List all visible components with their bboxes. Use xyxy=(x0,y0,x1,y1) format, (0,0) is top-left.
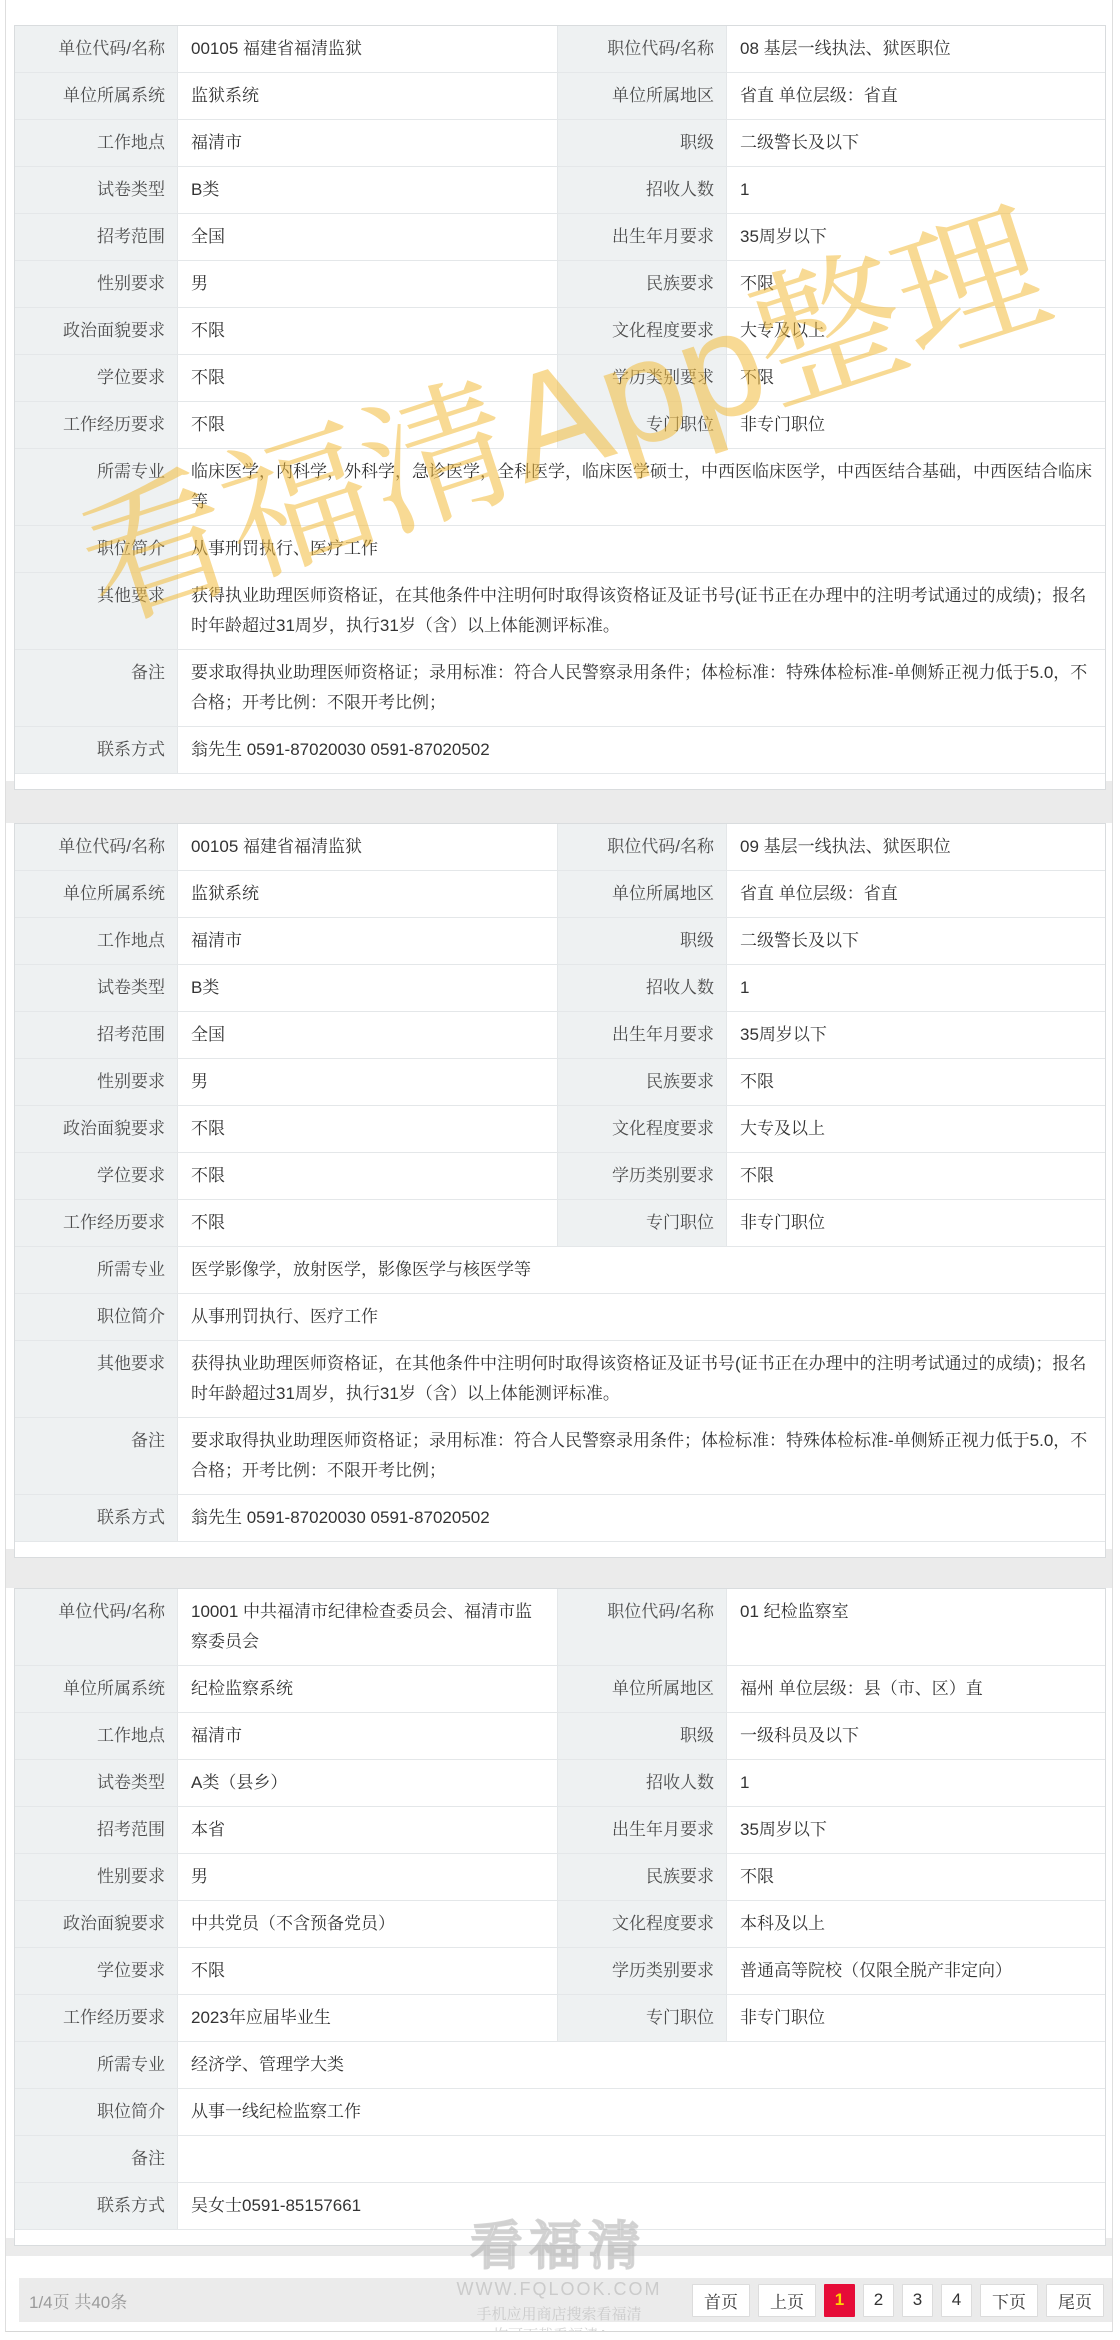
field-label: 联系方式 xyxy=(15,2183,178,2229)
field-value: 不限 xyxy=(727,261,1105,307)
field-label: 学位要求 xyxy=(15,355,178,401)
field-value: 全国 xyxy=(178,214,557,260)
field-value: 非专门职位 xyxy=(727,1995,1105,2041)
job-position-table-1: 单位代码/名称00105 福建省福清监狱职位代码/名称08 基层一线执法、狱医职… xyxy=(14,25,1106,790)
field-label: 民族要求 xyxy=(557,1854,727,1900)
field-label: 工作经历要求 xyxy=(15,402,178,448)
field-value: 二级警长及以下 xyxy=(727,120,1105,166)
field-value: 不限 xyxy=(727,355,1105,401)
field-value: 09 基层一线执法、狱医职位 xyxy=(727,824,1105,870)
field-label: 学历类别要求 xyxy=(557,1948,727,1994)
field-label: 单位所属系统 xyxy=(15,871,178,917)
pagination-page-4[interactable]: 4 xyxy=(941,2284,972,2317)
field-value: 福州 单位层级：县（市、区）直 xyxy=(727,1666,1105,1712)
field-value: 不限 xyxy=(178,355,557,401)
field-label: 工作经历要求 xyxy=(15,1200,178,1246)
field-label: 学历类别要求 xyxy=(557,1153,727,1199)
table-row: 工作地点福清市职级二级警长及以下 xyxy=(15,120,1105,167)
field-value: 获得执业助理医师资格证，在其他条件中注明何时取得该资格证及证书号(证书正在办理中… xyxy=(178,1341,1105,1417)
table-footer-spacer xyxy=(15,1542,1105,1557)
field-value: 不限 xyxy=(178,402,557,448)
field-value: 本科及以上 xyxy=(727,1901,1105,1947)
field-label: 学位要求 xyxy=(15,1948,178,1994)
field-label: 招收人数 xyxy=(557,965,727,1011)
field-label: 所需专业 xyxy=(15,2042,178,2088)
field-value: 从事刑罚执行、医疗工作 xyxy=(178,526,1105,572)
table-row: 单位代码/名称00105 福建省福清监狱职位代码/名称09 基层一线执法、狱医职… xyxy=(15,824,1105,871)
field-value: 大专及以上 xyxy=(727,1106,1105,1152)
field-value: 1 xyxy=(727,965,1105,1011)
field-value: 不限 xyxy=(727,1854,1105,1900)
field-value: 不限 xyxy=(727,1059,1105,1105)
field-value: 不限 xyxy=(178,1200,557,1246)
field-label: 职级 xyxy=(557,1713,727,1759)
field-value: 01 纪检监察室 xyxy=(727,1589,1105,1665)
table-row: 单位所属系统纪检监察系统单位所属地区福州 单位层级：县（市、区）直 xyxy=(15,1666,1105,1713)
field-value: 福清市 xyxy=(178,918,557,964)
pagination-page-2[interactable]: 2 xyxy=(863,2284,894,2317)
field-label: 招收人数 xyxy=(557,1760,727,1806)
field-value: 经济学、管理学大类 xyxy=(178,2042,1105,2088)
field-value: 2023年应届毕业生 xyxy=(178,1995,557,2041)
field-value: 中共党员（不含预备党员） xyxy=(178,1901,557,1947)
field-value: 大专及以上 xyxy=(727,308,1105,354)
table-row: 联系方式吴女士0591-85157661 xyxy=(15,2183,1105,2230)
field-label: 联系方式 xyxy=(15,1495,178,1541)
field-value: 医学影像学，放射医学，影像医学与核医学等 xyxy=(178,1247,1105,1293)
field-label: 出生年月要求 xyxy=(557,214,727,260)
job-position-table-3: 单位代码/名称10001 中共福清市纪律检查委员会、福清市监察委员会职位代码/名… xyxy=(14,1588,1106,2246)
field-label: 性别要求 xyxy=(15,261,178,307)
table-row: 备注要求取得执业助理医师资格证；录用标准：符合人民警察录用条件；体检标准：特殊体… xyxy=(15,1418,1105,1495)
table-row: 联系方式翁先生 0591-87020030 0591-87020502 xyxy=(15,727,1105,774)
pagination-first[interactable]: 首页 xyxy=(692,2284,750,2317)
field-value: 非专门职位 xyxy=(727,1200,1105,1246)
pagination-bar: 1/4页 共40条 首页上页1234下页尾页 xyxy=(19,2278,1113,2322)
field-value: 二级警长及以下 xyxy=(727,918,1105,964)
table-row: 工作经历要求2023年应届毕业生专门职位非专门职位 xyxy=(15,1995,1105,2042)
field-value: 35周岁以下 xyxy=(727,1807,1105,1853)
table-row: 性别要求男民族要求不限 xyxy=(15,1059,1105,1106)
field-value: 35周岁以下 xyxy=(727,214,1105,260)
table-row: 试卷类型B类招收人数1 xyxy=(15,965,1105,1012)
table-row: 所需专业医学影像学，放射医学，影像医学与核医学等 xyxy=(15,1247,1105,1294)
field-value: 福清市 xyxy=(178,120,557,166)
field-label: 文化程度要求 xyxy=(557,1901,727,1947)
field-value: 监狱系统 xyxy=(178,73,557,119)
field-label: 工作地点 xyxy=(15,1713,178,1759)
table-row: 其他要求获得执业助理医师资格证，在其他条件中注明何时取得该资格证及证书号(证书正… xyxy=(15,1341,1105,1418)
field-label: 单位所属系统 xyxy=(15,1666,178,1712)
field-value: 35周岁以下 xyxy=(727,1012,1105,1058)
field-label: 专门职位 xyxy=(557,402,727,448)
pagination-page-3[interactable]: 3 xyxy=(902,2284,933,2317)
field-label: 学历类别要求 xyxy=(557,355,727,401)
table-footer-spacer xyxy=(15,774,1105,789)
table-row: 政治面貌要求中共党员（不含预备党员）文化程度要求本科及以上 xyxy=(15,1901,1105,1948)
field-label: 联系方式 xyxy=(15,727,178,773)
field-value: 08 基层一线执法、狱医职位 xyxy=(727,26,1105,72)
table-row: 所需专业临床医学，内科学，外科学，急诊医学，全科医学，临床医学硕士，中西医临床医… xyxy=(15,449,1105,526)
field-label: 备注 xyxy=(15,650,178,726)
page-info: 1/4页 共40条 xyxy=(29,2288,127,2313)
table-row: 政治面貌要求不限文化程度要求大专及以上 xyxy=(15,308,1105,355)
field-label: 单位所属地区 xyxy=(557,73,727,119)
field-label: 政治面貌要求 xyxy=(15,1901,178,1947)
field-label: 职位简介 xyxy=(15,526,178,572)
field-label: 民族要求 xyxy=(557,261,727,307)
field-value: 监狱系统 xyxy=(178,871,557,917)
field-label: 职位代码/名称 xyxy=(557,824,727,870)
field-label: 职级 xyxy=(557,120,727,166)
field-value: 不限 xyxy=(178,1106,557,1152)
pagination-next[interactable]: 下页 xyxy=(980,2284,1038,2317)
field-value: 不限 xyxy=(178,308,557,354)
field-value: 1 xyxy=(727,1760,1105,1806)
table-row: 试卷类型A类（县乡）招收人数1 xyxy=(15,1760,1105,1807)
field-label: 出生年月要求 xyxy=(557,1012,727,1058)
field-value: 本省 xyxy=(178,1807,557,1853)
table-row: 试卷类型B类招收人数1 xyxy=(15,167,1105,214)
field-value: 纪检监察系统 xyxy=(178,1666,557,1712)
field-value: 男 xyxy=(178,261,557,307)
field-value: 不限 xyxy=(178,1153,557,1199)
table-footer-spacer xyxy=(15,2230,1105,2245)
table-row: 单位代码/名称00105 福建省福清监狱职位代码/名称08 基层一线执法、狱医职… xyxy=(15,26,1105,73)
field-value: 省直 单位层级：省直 xyxy=(727,73,1105,119)
field-value: 10001 中共福清市纪律检查委员会、福清市监察委员会 xyxy=(178,1589,557,1665)
table-row: 单位所属系统监狱系统单位所属地区省直 单位层级：省直 xyxy=(15,73,1105,120)
field-label: 招考范围 xyxy=(15,1807,178,1853)
field-value: 00105 福建省福清监狱 xyxy=(178,26,557,72)
table-row: 招考范围本省出生年月要求35周岁以下 xyxy=(15,1807,1105,1854)
field-value: B类 xyxy=(178,965,557,1011)
field-label: 其他要求 xyxy=(15,1341,178,1417)
field-value: 男 xyxy=(178,1854,557,1900)
field-value: 全国 xyxy=(178,1012,557,1058)
table-row: 职位简介从事刑罚执行、医疗工作 xyxy=(15,526,1105,573)
field-label: 单位代码/名称 xyxy=(15,26,178,72)
field-value: 1 xyxy=(727,167,1105,213)
table-row: 学位要求不限学历类别要求不限 xyxy=(15,355,1105,402)
pagination-prev[interactable]: 上页 xyxy=(758,2284,816,2317)
field-label: 所需专业 xyxy=(15,449,178,525)
field-label: 学位要求 xyxy=(15,1153,178,1199)
pagination-page-1[interactable]: 1 xyxy=(824,2284,855,2317)
field-label: 所需专业 xyxy=(15,1247,178,1293)
field-label: 职位代码/名称 xyxy=(557,1589,727,1665)
table-row: 单位所属系统监狱系统单位所属地区省直 单位层级：省直 xyxy=(15,871,1105,918)
field-label: 试卷类型 xyxy=(15,965,178,1011)
field-label: 单位所属地区 xyxy=(557,871,727,917)
field-label: 单位代码/名称 xyxy=(15,824,178,870)
pagination: 首页上页1234下页尾页 xyxy=(692,2284,1104,2317)
field-label: 其他要求 xyxy=(15,573,178,649)
field-value: 00105 福建省福清监狱 xyxy=(178,824,557,870)
field-label: 招考范围 xyxy=(15,1012,178,1058)
page: 单位代码/名称00105 福建省福清监狱职位代码/名称08 基层一线执法、狱医职… xyxy=(5,0,1113,2332)
field-value: 男 xyxy=(178,1059,557,1105)
table-row: 联系方式翁先生 0591-87020030 0591-87020502 xyxy=(15,1495,1105,1542)
table-row: 备注 xyxy=(15,2136,1105,2183)
field-label: 招考范围 xyxy=(15,214,178,260)
field-label: 备注 xyxy=(15,1418,178,1494)
field-label: 试卷类型 xyxy=(15,1760,178,1806)
field-label: 职位代码/名称 xyxy=(557,26,727,72)
field-value: 省直 单位层级：省直 xyxy=(727,871,1105,917)
field-label: 出生年月要求 xyxy=(557,1807,727,1853)
table-row: 工作地点福清市职级二级警长及以下 xyxy=(15,918,1105,965)
field-value: 从事刑罚执行、医疗工作 xyxy=(178,1294,1105,1340)
table-row: 其他要求获得执业助理医师资格证，在其他条件中注明何时取得该资格证及证书号(证书正… xyxy=(15,573,1105,650)
field-label: 工作经历要求 xyxy=(15,1995,178,2041)
table-row: 职位简介从事一线纪检监察工作 xyxy=(15,2089,1105,2136)
table-row: 工作经历要求不限专门职位非专门职位 xyxy=(15,402,1105,449)
table-row: 职位简介从事刑罚执行、医疗工作 xyxy=(15,1294,1105,1341)
field-value: 翁先生 0591-87020030 0591-87020502 xyxy=(178,727,1105,773)
table-row: 性别要求男民族要求不限 xyxy=(15,1854,1105,1901)
field-label: 专门职位 xyxy=(557,1200,727,1246)
field-label: 备注 xyxy=(15,2136,178,2182)
field-value: 临床医学，内科学，外科学，急诊医学，全科医学，临床医学硕士，中西医临床医学，中西… xyxy=(178,449,1105,525)
field-label: 单位代码/名称 xyxy=(15,1589,178,1665)
field-label: 单位所属系统 xyxy=(15,73,178,119)
field-label: 文化程度要求 xyxy=(557,308,727,354)
table-row: 备注要求取得执业助理医师资格证；录用标准：符合人民警察录用条件；体检标准：特殊体… xyxy=(15,650,1105,727)
table-row: 政治面貌要求不限文化程度要求大专及以上 xyxy=(15,1106,1105,1153)
field-value: 翁先生 0591-87020030 0591-87020502 xyxy=(178,1495,1105,1541)
field-label: 职级 xyxy=(557,918,727,964)
job-position-table-2: 单位代码/名称00105 福建省福清监狱职位代码/名称09 基层一线执法、狱医职… xyxy=(14,823,1106,1558)
field-label: 工作地点 xyxy=(15,918,178,964)
field-label: 性别要求 xyxy=(15,1059,178,1105)
table-row: 工作地点福清市职级一级科员及以下 xyxy=(15,1713,1105,1760)
field-value: 要求取得执业助理医师资格证；录用标准：符合人民警察录用条件；体检标准：特殊体检标… xyxy=(178,1418,1105,1494)
field-value: 非专门职位 xyxy=(727,402,1105,448)
field-label: 试卷类型 xyxy=(15,167,178,213)
field-value: 一级科员及以下 xyxy=(727,1713,1105,1759)
field-value: 福清市 xyxy=(178,1713,557,1759)
field-label: 单位所属地区 xyxy=(557,1666,727,1712)
field-label: 政治面貌要求 xyxy=(15,308,178,354)
field-value: 从事一线纪检监察工作 xyxy=(178,2089,1105,2135)
field-value: 普通高等院校（仅限全脱产非定向） xyxy=(727,1948,1105,1994)
field-value xyxy=(178,2136,1105,2182)
table-row: 招考范围全国出生年月要求35周岁以下 xyxy=(15,214,1105,261)
field-label: 工作地点 xyxy=(15,120,178,166)
pagination-last[interactable]: 尾页 xyxy=(1046,2284,1104,2317)
table-row: 性别要求男民族要求不限 xyxy=(15,261,1105,308)
field-value: B类 xyxy=(178,167,557,213)
table-row: 单位代码/名称10001 中共福清市纪律检查委员会、福清市监察委员会职位代码/名… xyxy=(15,1589,1105,1666)
field-value: A类（县乡） xyxy=(178,1760,557,1806)
field-value: 不限 xyxy=(727,1153,1105,1199)
field-label: 职位简介 xyxy=(15,2089,178,2135)
table-row: 所需专业经济学、管理学大类 xyxy=(15,2042,1105,2089)
table-row: 招考范围全国出生年月要求35周岁以下 xyxy=(15,1012,1105,1059)
field-value: 要求取得执业助理医师资格证；录用标准：符合人民警察录用条件；体检标准：特殊体检标… xyxy=(178,650,1105,726)
field-value: 获得执业助理医师资格证，在其他条件中注明何时取得该资格证及证书号(证书正在办理中… xyxy=(178,573,1105,649)
field-label: 招收人数 xyxy=(557,167,727,213)
field-label: 政治面貌要求 xyxy=(15,1106,178,1152)
field-label: 职位简介 xyxy=(15,1294,178,1340)
field-label: 文化程度要求 xyxy=(557,1106,727,1152)
field-value: 不限 xyxy=(178,1948,557,1994)
table-row: 工作经历要求不限专门职位非专门职位 xyxy=(15,1200,1105,1247)
table-row: 学位要求不限学历类别要求不限 xyxy=(15,1153,1105,1200)
table-row: 学位要求不限学历类别要求普通高等院校（仅限全脱产非定向） xyxy=(15,1948,1105,1995)
field-label: 专门职位 xyxy=(557,1995,727,2041)
field-value: 吴女士0591-85157661 xyxy=(178,2183,1105,2229)
field-label: 性别要求 xyxy=(15,1854,178,1900)
field-label: 民族要求 xyxy=(557,1059,727,1105)
